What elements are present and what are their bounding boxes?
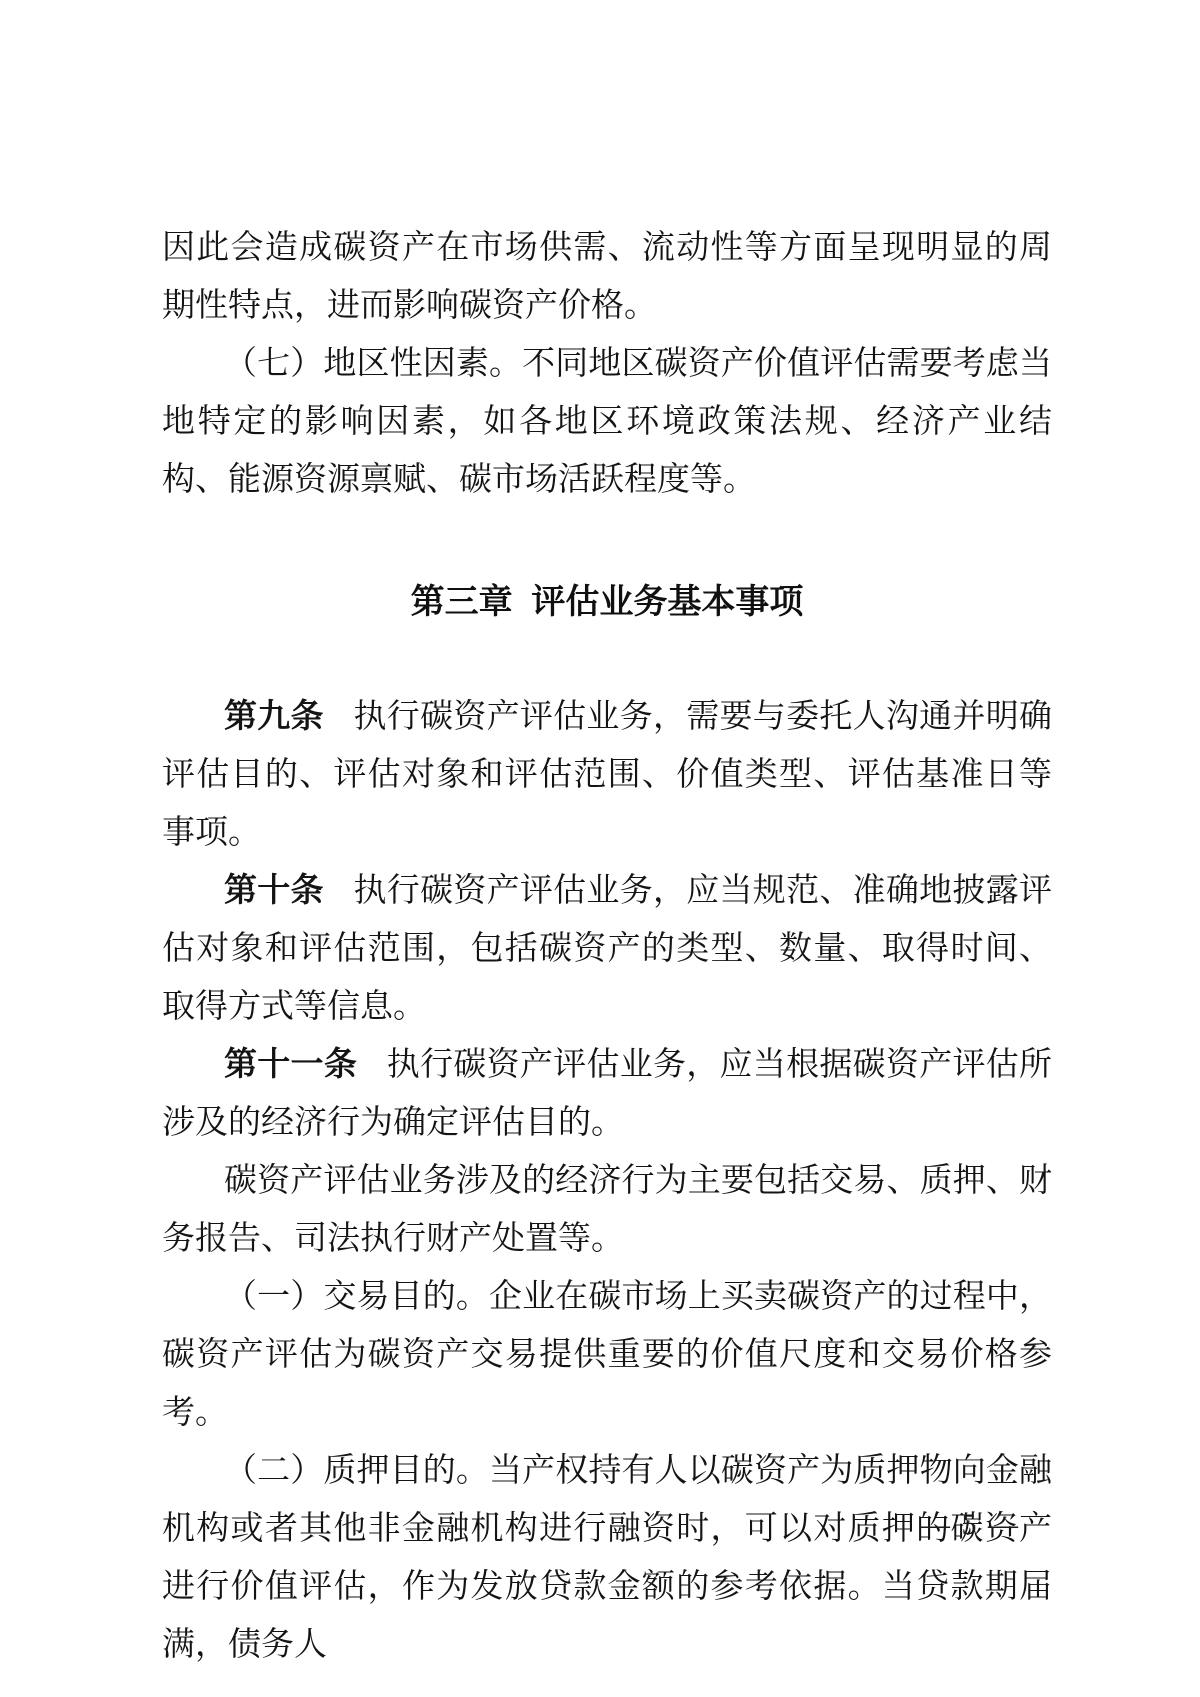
article-number: 第十条 (224, 873, 324, 909)
paragraph-continuation: 因此会造成碳资产在市场供需、流动性等方面呈现明显的周期性特点，进而影响碳资产价格… (162, 219, 1052, 335)
paragraph-text: （七）地区性因素。不同地区碳资产价值评估需要考虑当地特定的影响因素，如各地区环境… (162, 346, 1052, 498)
chapter-heading: 第三章评估业务基本事项 (162, 573, 1052, 631)
paragraph-purpose-pledge: （二）质押目的。当产权持有人以碳资产为质押物向金融机构或者其他非金融机构进行融资… (162, 1442, 1052, 1674)
paragraph-text: 因此会造成碳资产在市场供需、流动性等方面呈现明显的周期性特点，进而影响碳资产价格… (162, 230, 1052, 324)
article-number: 第九条 (224, 699, 324, 735)
paragraph-article-9: 第九条执行碳资产评估业务，需要与委托人沟通并明确评估目的、评估对象和评估范围、价… (162, 688, 1052, 862)
article-number: 第十一条 (224, 1047, 357, 1083)
paragraph-text: 碳资产评估业务涉及的经济行为主要包括交易、质押、财务报告、司法执行财产处置等。 (162, 1163, 1052, 1257)
paragraph-economic-behaviors: 碳资产评估业务涉及的经济行为主要包括交易、质押、财务报告、司法执行财产处置等。 (162, 1152, 1052, 1268)
chapter-number: 第三章 (411, 583, 513, 621)
paragraph-article-11: 第十一条执行碳资产评估业务，应当根据碳资产评估所涉及的经济行为确定评估目的。 (162, 1036, 1052, 1152)
document-page: 因此会造成碳资产在市场供需、流动性等方面呈现明显的周期性特点，进而影响碳资产价格… (0, 0, 1200, 1697)
chapter-title: 评估业务基本事项 (531, 583, 803, 621)
paragraph-article-10: 第十条执行碳资产评估业务，应当规范、准确地披露评估对象和评估范围，包括碳资产的类… (162, 862, 1052, 1036)
paragraph-text: （二）质押目的。当产权持有人以碳资产为质押物向金融机构或者其他非金融机构进行融资… (162, 1453, 1052, 1663)
page-number: — 5 — (920, 1508, 1020, 1542)
paragraph-purpose-trading: （一）交易目的。企业在碳市场上买卖碳资产的过程中，碳资产评估为碳资产交易提供重要… (162, 1268, 1052, 1442)
paragraph-item-seven: （七）地区性因素。不同地区碳资产价值评估需要考虑当地特定的影响因素，如各地区环境… (162, 335, 1052, 509)
document-text-column: 因此会造成碳资产在市场供需、流动性等方面呈现明显的周期性特点，进而影响碳资产价格… (162, 219, 1052, 1674)
paragraph-text: （一）交易目的。企业在碳市场上买卖碳资产的过程中，碳资产评估为碳资产交易提供重要… (162, 1279, 1052, 1431)
